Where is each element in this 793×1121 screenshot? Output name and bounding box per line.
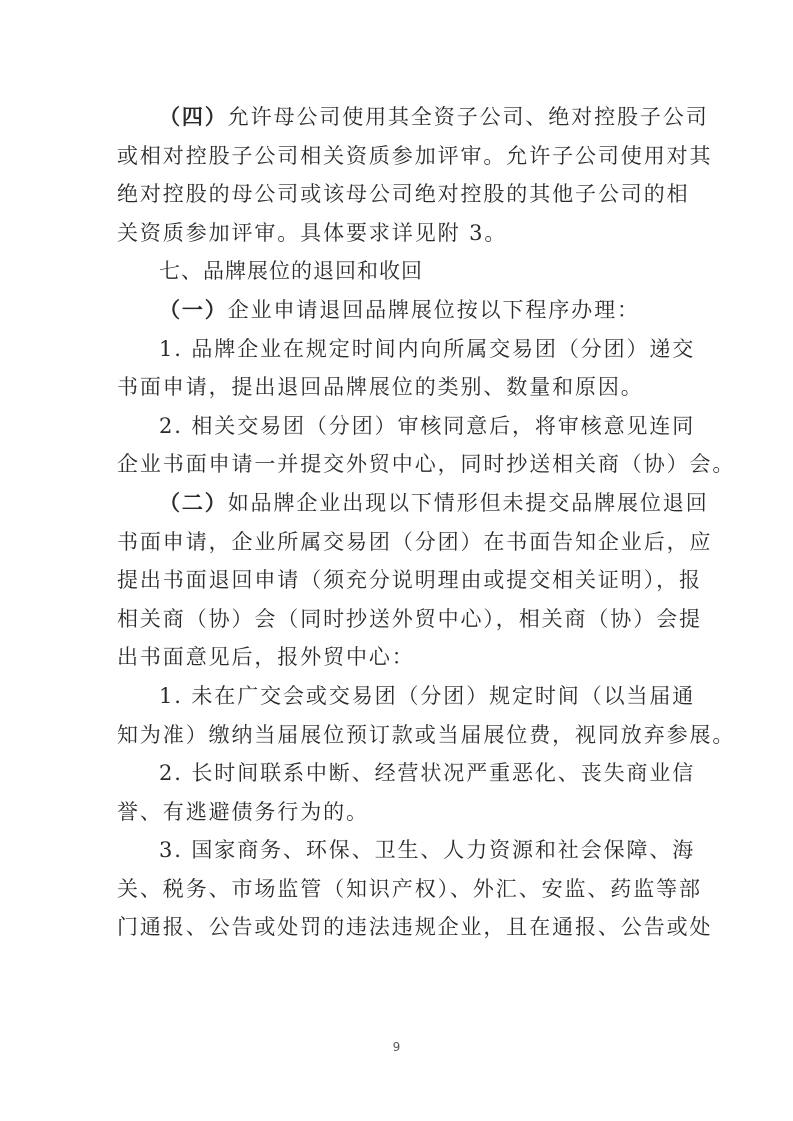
paragraph-line: 书面申请，企业所属交易团（分团）在书面告知企业后，应: [117, 523, 677, 562]
line-text: 企业申请退回品牌展位按以下程序办理：: [228, 298, 640, 322]
paragraph-line: 书面申请，提出退回品牌展位的类别、数量和原因。: [117, 368, 677, 407]
paragraph-line: 关、税务、市场监管（知识产权）、外汇、安监、药监等部: [117, 870, 677, 909]
paragraph-line: 绝对控股的母公司或该母公司绝对控股的其他子公司的相: [117, 175, 677, 214]
item-label-one: （一）: [159, 298, 228, 322]
paragraph-line: （一）企业申请退回品牌展位按以下程序办理：: [117, 291, 677, 330]
item-label-two: （二）: [159, 491, 228, 515]
paragraph-line: 提出书面退回申请（须充分说明理由或提交相关证明），报: [117, 561, 677, 600]
paragraph-line: 或相对控股子公司相关资质参加评审。允许子公司使用对其: [117, 137, 677, 176]
paragraph-line: 关资质参加评审。具体要求详见附 3。: [117, 214, 677, 253]
paragraph-line: 3. 国家商务、环保、卫生、人力资源和社会保障、海: [117, 831, 677, 870]
paragraph-line: （二）如品牌企业出现以下情形但未提交品牌展位退回: [117, 484, 677, 523]
item-label-four: （四）: [159, 105, 228, 129]
paragraph-line: 出书面意见后，报外贸中心：: [117, 638, 677, 677]
paragraph-line: 相关商（协）会（同时抄送外贸中心），相关商（协）会提: [117, 600, 677, 639]
paragraph-line: 知为准）缴纳当届展位预订款或当届展位费，视同放弃参展。: [117, 716, 677, 755]
page-number: 9: [0, 1040, 793, 1054]
paragraph-line: 1. 品牌企业在规定时间内向所属交易团（分团）递交: [117, 330, 677, 369]
section-heading: 七、品牌展位的退回和收回: [117, 252, 677, 291]
paragraph-line: 企业书面申请一并提交外贸中心，同时抄送相关商（协）会。: [117, 445, 677, 484]
paragraph-line: 1. 未在广交会或交易团（分团）规定时间（以当届通: [117, 677, 677, 716]
paragraph-line: （四）允许母公司使用其全资子公司、绝对控股子公司: [117, 98, 677, 137]
paragraph-line: 2. 相关交易团（分团）审核同意后，将审核意见连同: [117, 407, 677, 446]
line-text: 允许母公司使用其全资子公司、绝对控股子公司: [228, 105, 709, 129]
document-body: （四）允许母公司使用其全资子公司、绝对控股子公司 或相对控股子公司相关资质参加评…: [117, 98, 677, 947]
paragraph-line: 2. 长时间联系中断、经营状况严重恶化、丧失商业信: [117, 754, 677, 793]
line-text: 如品牌企业出现以下情形但未提交品牌展位退回: [228, 491, 709, 515]
paragraph-line: 门通报、公告或处罚的违法违规企业，且在通报、公告或处: [117, 908, 677, 947]
paragraph-line: 誉、有逃避债务行为的。: [117, 793, 677, 832]
